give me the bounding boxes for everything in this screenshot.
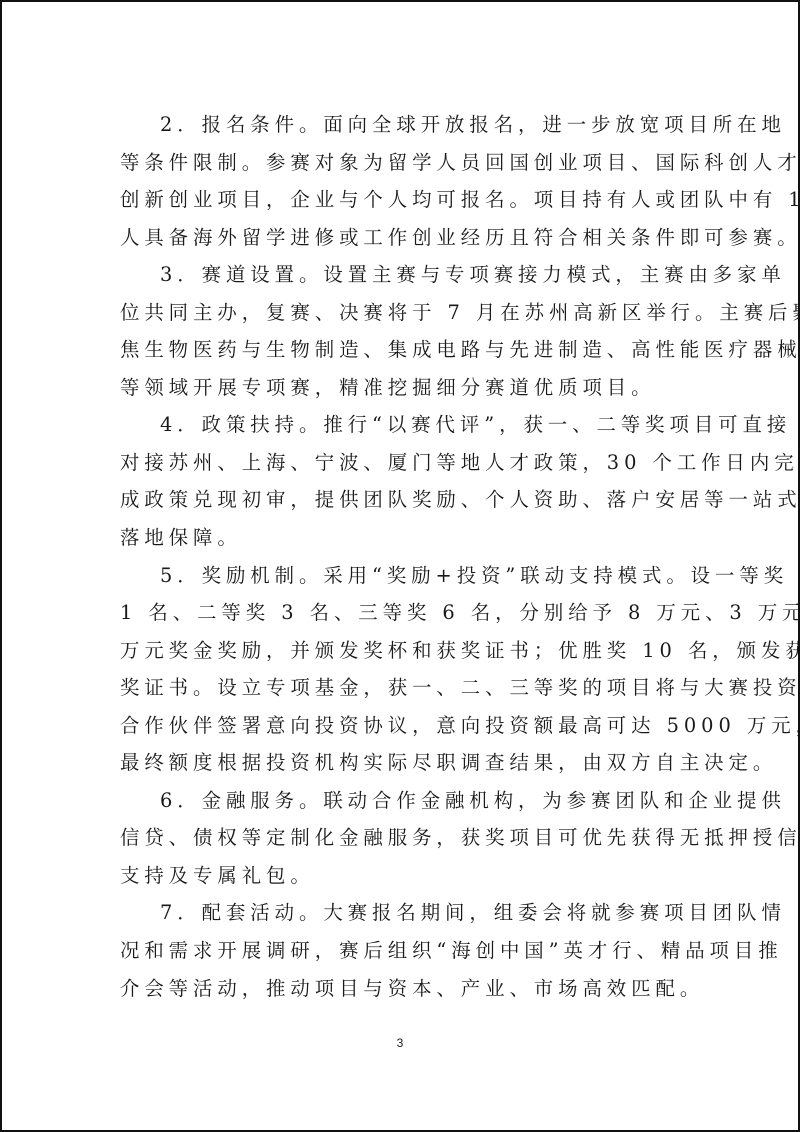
paragraph-policy-support: 4．政策扶持。推行“以赛代评”，获一、二等奖项目可直接 对接苏州、上海、宁波、厦… xyxy=(120,406,686,556)
text-line: 6．金融服务。联动合作金融机构，为参赛团队和企业提供 xyxy=(120,782,686,820)
text-line: 信贷、债权等定制化金融服务，获奖项目可优先获得无抵押授信 xyxy=(120,819,686,857)
text-line: 成政策兑现初审，提供团队奖励、个人资助、落户安居等一站式 xyxy=(120,481,686,519)
paragraph-track-settings: 3．赛道设置。设置主赛与专项赛接力模式，主赛由多家单 位共同主办，复赛、决赛将于… xyxy=(120,256,686,406)
text-line: 创新创业项目，企业与个人均可报名。项目持有人或团队中有 1 xyxy=(120,181,686,219)
text-line: 奖证书。设立专项基金，获一、二、三等奖的项目将与大赛投资 xyxy=(120,669,686,707)
text-line: 万元奖金奖励，并颁发奖杯和获奖证书；优胜奖 10 名，颁发获 xyxy=(120,632,686,670)
text-line: 3．赛道设置。设置主赛与专项赛接力模式，主赛由多家单 xyxy=(120,256,686,294)
text-line: 况和需求开展调研，赛后组织“海创中国”英才行、精品项目推 xyxy=(120,932,686,970)
text-line: 1 名、二等奖 3 名、三等奖 6 名，分别给予 8 万元、3 万元、1 xyxy=(120,594,686,632)
text-line: 位共同主办，复赛、决赛将于 7 月在苏州高新区举行。主赛后聚 xyxy=(120,294,686,332)
text-line: 等条件限制。参赛对象为留学人员回国创业项目、国际科创人才 xyxy=(120,144,686,182)
text-line: 2．报名条件。面向全球开放报名，进一步放宽项目所在地 xyxy=(120,106,686,144)
paragraph-supporting-activities: 7．配套活动。大赛报名期间，组委会将就参赛项目团队情 况和需求开展调研，赛后组织… xyxy=(120,894,686,1007)
document-page: 2．报名条件。面向全球开放报名，进一步放宽项目所在地 等条件限制。参赛对象为留学… xyxy=(0,0,800,1132)
text-line: 7．配套活动。大赛报名期间，组委会将就参赛项目团队情 xyxy=(120,894,686,932)
text-line: 5．奖励机制。采用“奖励+投资”联动支持模式。设一等奖 xyxy=(120,557,686,595)
paragraph-reward-mechanism: 5．奖励机制。采用“奖励+投资”联动支持模式。设一等奖 1 名、二等奖 3 名、… xyxy=(120,557,686,782)
text-line: 4．政策扶持。推行“以赛代评”，获一、二等奖项目可直接 xyxy=(120,406,686,444)
page-number: 3 xyxy=(2,1036,798,1050)
text-line: 等领域开展专项赛，精准挖掘细分赛道优质项目。 xyxy=(120,369,686,407)
text-line: 落地保障。 xyxy=(120,519,686,557)
text-line: 支持及专属礼包。 xyxy=(120,857,686,895)
text-line: 人具备海外留学进修或工作创业经历且符合相关条件即可参赛。 xyxy=(120,219,686,257)
text-line: 对接苏州、上海、宁波、厦门等地人才政策，30 个工作日内完 xyxy=(120,444,686,482)
paragraph-financial-services: 6．金融服务。联动合作金融机构，为参赛团队和企业提供 信贷、债权等定制化金融服务… xyxy=(120,782,686,895)
document-body: 2．报名条件。面向全球开放报名，进一步放宽项目所在地 等条件限制。参赛对象为留学… xyxy=(120,106,686,1007)
text-line: 介会等活动，推动项目与资本、产业、市场高效匹配。 xyxy=(120,970,686,1008)
text-line: 最终额度根据投资机构实际尽职调查结果，由双方自主决定。 xyxy=(120,744,686,782)
paragraph-registration-conditions: 2．报名条件。面向全球开放报名，进一步放宽项目所在地 等条件限制。参赛对象为留学… xyxy=(120,106,686,256)
text-line: 合作伙伴签署意向投资协议，意向投资额最高可达 5000 万元， xyxy=(120,707,686,745)
text-line: 焦生物医药与生物制造、集成电路与先进制造、高性能医疗器械 xyxy=(120,331,686,369)
